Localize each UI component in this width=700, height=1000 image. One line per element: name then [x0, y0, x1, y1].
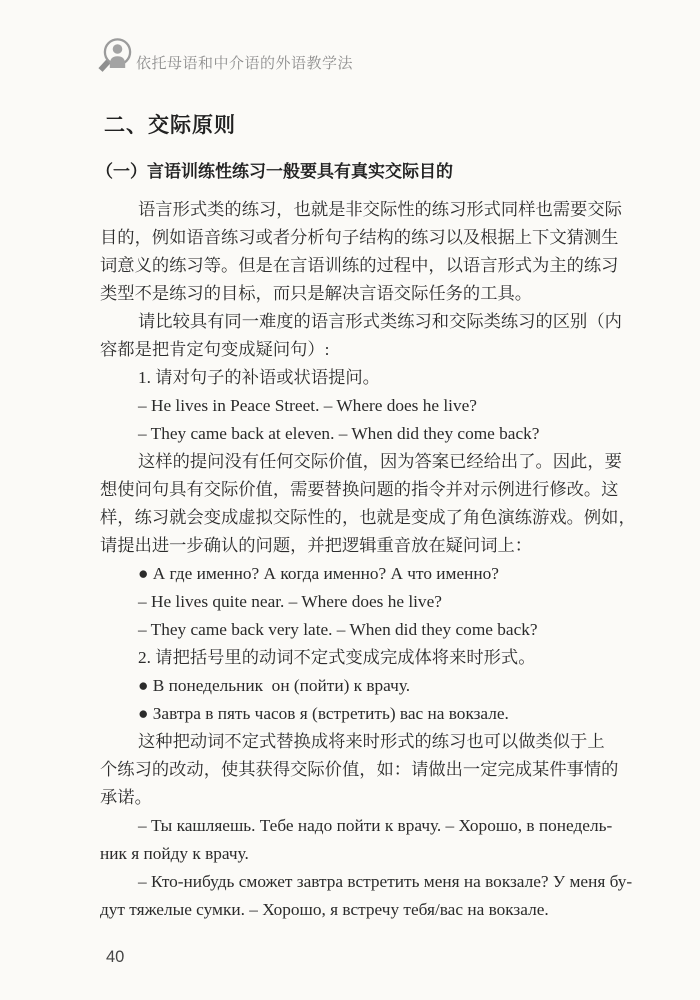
text-line: дут тяжелые сумки. – Хорошо, я встречу т…	[100, 896, 612, 924]
running-header: 依托母语和中介语的外语教学法	[94, 36, 353, 82]
book-title: 依托母语和中介语的外语教学法	[136, 54, 353, 74]
text-line: – They came back very late. – When did t…	[100, 616, 612, 644]
text-line: 想使问句具有交际价值，需要替换问题的指令并对示例进行修改。这	[100, 476, 612, 504]
text-line: ● А где именно? А когда именно? А что им…	[100, 560, 612, 588]
text-line: 请提出进一步确认的问题，并把逻辑重音放在疑问词上：	[100, 532, 612, 560]
text-line: 词意义的练习等。但是在言语训练的过程中，以语言形式为主的练习	[100, 252, 612, 280]
text-line: 目的，例如语音练习或者分析句子结构的练习以及根据上下文猜测生	[100, 224, 612, 252]
text-line: – Кто-нибудь сможет завтра встретить мен…	[100, 868, 612, 896]
book-page: 依托母语和中介语的外语教学法 二、交际原则 （一）言语训练性练习一般要具有真实交…	[0, 0, 700, 1000]
text-line: – He lives quite near. – Where does he l…	[100, 588, 612, 616]
text-line: 语言形式类的练习，也就是非交际性的练习形式同样也需要交际	[100, 196, 612, 224]
body-text: 语言形式类的练习，也就是非交际性的练习形式同样也需要交际目的，例如语音练习或者分…	[100, 196, 612, 924]
section-subheading: （一）言语训练性练习一般要具有真实交际目的	[96, 160, 453, 184]
text-line: ● В понедельник он (пойти) к врачу.	[100, 672, 612, 700]
text-line: 类型不是练习的目标，而只是解决言语交际任务的工具。	[100, 280, 612, 308]
text-line: – They came back at eleven. – When did t…	[100, 420, 612, 448]
chapter-heading: 二、交际原则	[104, 112, 236, 139]
text-line: ● Завтра в пять часов я (встретить) вас …	[100, 700, 612, 728]
text-line: 个练习的改动，使其获得交际价值，如：请做出一定完成某件事情的	[100, 756, 612, 784]
text-line: ник я пойду к врачу.	[100, 840, 612, 868]
text-line: – Ты кашляешь. Тебе надо пойти к врачу. …	[100, 812, 612, 840]
page-number: 40	[106, 948, 124, 967]
text-line: 这样的提问没有任何交际价值，因为答案已经给出了。因此，要	[100, 448, 612, 476]
text-line: 2. 请把括号里的动词不定式变成完成体将来时形式。	[100, 644, 612, 672]
magnifier-person-icon	[94, 36, 134, 82]
text-line: 样，练习就会变成虚拟交际性的，也就是变成了角色演练游戏。例如，	[100, 504, 612, 532]
text-line: 承诺。	[100, 784, 612, 812]
text-line: 这种把动词不定式替换成将来时形式的练习也可以做类似于上	[100, 728, 612, 756]
text-line: 1. 请对句子的补语或状语提问。	[100, 364, 612, 392]
text-line: 容都是把肯定句变成疑问句）:	[100, 336, 612, 364]
text-line: 请比较具有同一难度的语言形式类练习和交际类练习的区别（内	[100, 308, 612, 336]
text-line: – He lives in Peace Street. – Where does…	[100, 392, 612, 420]
